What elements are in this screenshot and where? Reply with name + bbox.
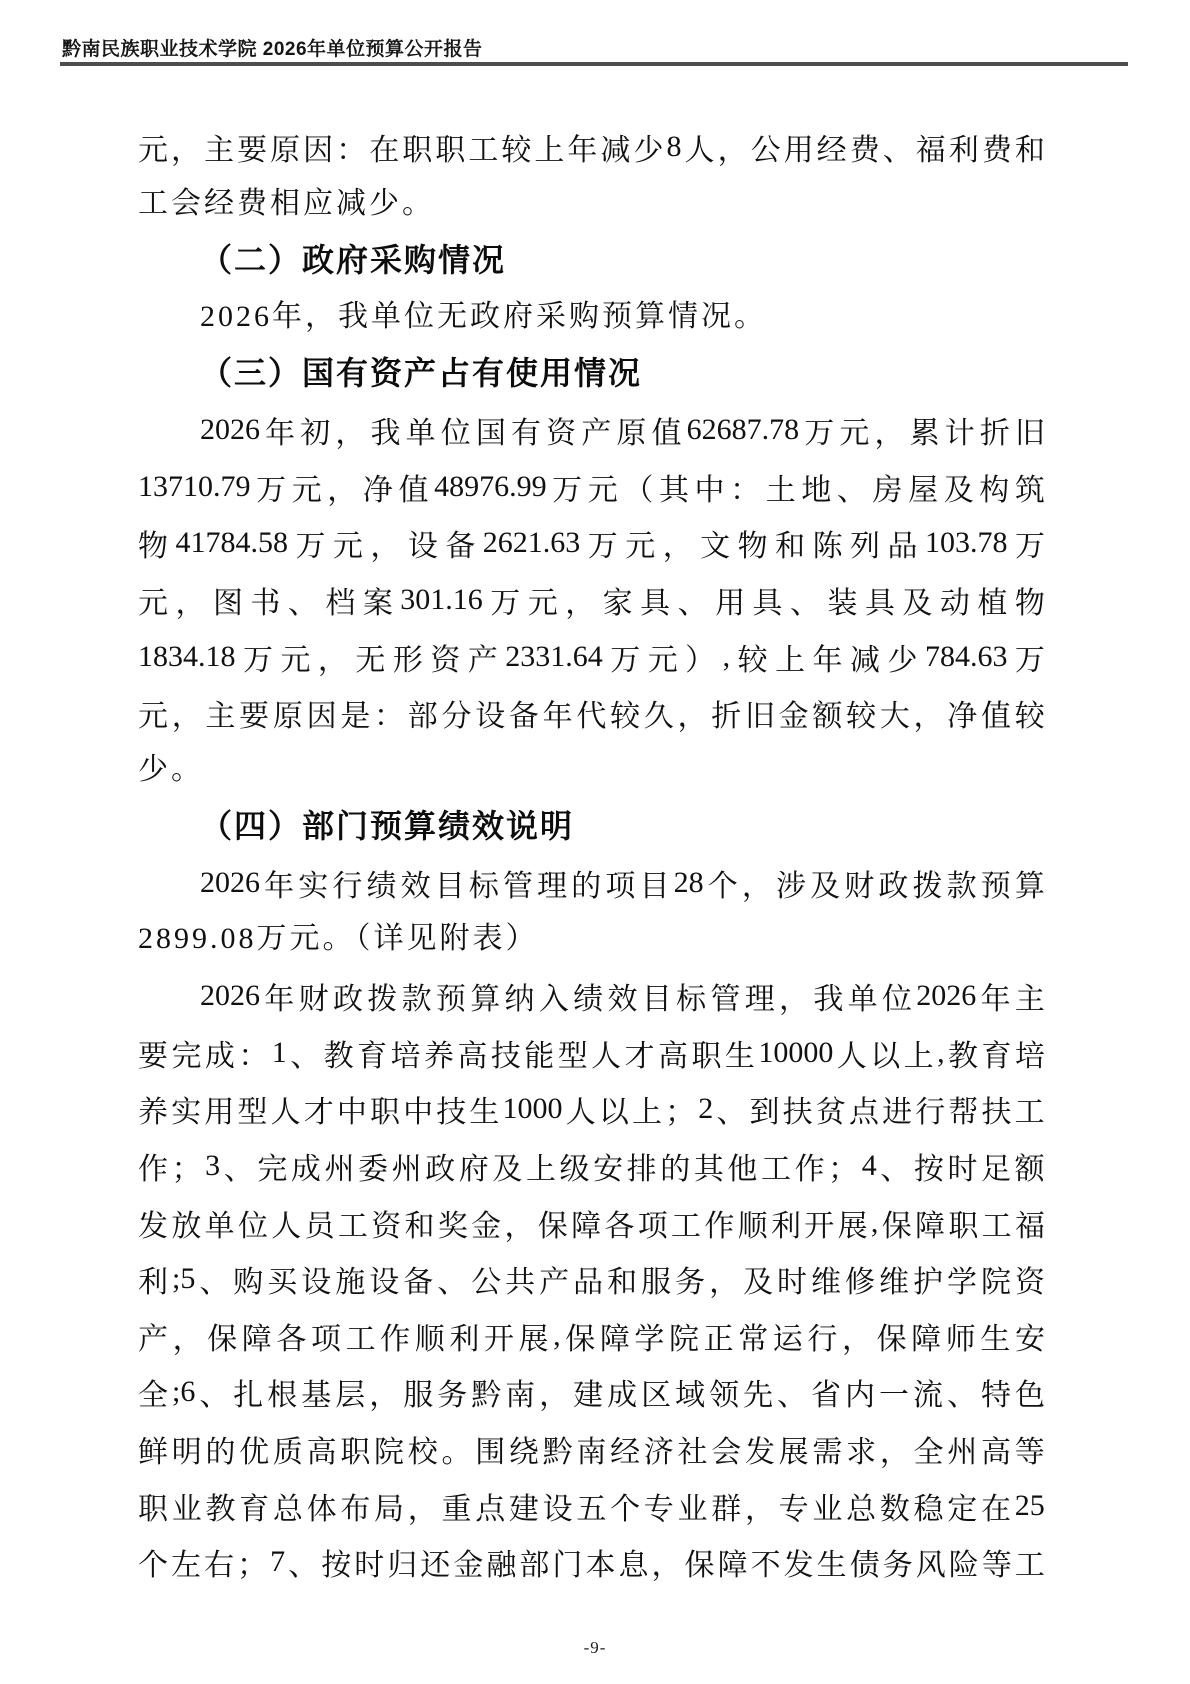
text-line: 工会经费相应减少。 — [138, 176, 1045, 233]
text-line: 2026年财政拨款预算纳入绩效目标管理，我单位2026年主 — [138, 968, 1045, 1025]
text-line: 要完成：1、教育培养高技能型人才高职生10000人以上,教育培 — [138, 1025, 1045, 1082]
text-line: 个左右；7、按时归还金融部门本息，保障不发生债务风险等工 — [138, 1534, 1045, 1591]
section-heading: （四）部门预算绩效说明 — [138, 798, 1045, 855]
text-line: 养实用型人才中职中技生1000人以上；2、到扶贫点进行帮扶工 — [138, 1081, 1045, 1138]
text-line: 职业教育总体布局，重点建设五个专业群，专业总数稳定在25 — [138, 1477, 1045, 1534]
text-line: 产，保障各项工作顺利开展,保障学院正常运行，保障师生安 — [138, 1307, 1045, 1364]
document-body: 元，主要原因：在职职工较上年减少8人，公用经费、福利费和 工会经费相应减少。 （… — [138, 119, 1045, 1590]
header-rule-divider — [60, 62, 1128, 66]
text-line: 2899.08万元。（详见附表） — [138, 911, 1045, 968]
document-page: 黔南民族职业技术学院 2026年单位预算公开报告 元，主要原因：在职职工较上年减… — [0, 0, 1190, 1684]
section-heading: （三）国有资产占有使用情况 — [138, 345, 1045, 402]
text-line: 作；3、完成州委州政府及上级安排的其他工作；4、按时足额 — [138, 1138, 1045, 1195]
text-line: 物41784.58万元，设备2621.63万元，文物和陈列品103.78万 — [138, 515, 1045, 572]
text-line: 全;6、扎根基层，服务黔南，建成区域领先、省内一流、特色 — [138, 1364, 1045, 1421]
section-heading: （二）政府采购情况 — [138, 232, 1045, 289]
text-line: 发放单位人员工资和奖金，保障各项工作顺利开展,保障职工福 — [138, 1194, 1045, 1251]
text-line: 13710.79万元，净值48976.99万元（其中：土地、房屋及构筑 — [138, 459, 1045, 516]
text-line: 元，主要原因是：部分设备年代较久，折旧金额较大，净值较 — [138, 685, 1045, 742]
text-line: 元，主要原因：在职职工较上年减少8人，公用经费、福利费和 — [138, 119, 1045, 176]
page-number: -9- — [0, 1638, 1190, 1658]
text-line: 1834.18万元，无形资产2331.64万元）,较上年减少784.63万 — [138, 628, 1045, 685]
page-header-title: 黔南民族职业技术学院 2026年单位预算公开报告 — [62, 34, 483, 61]
text-line: 利;5、购买设施设备、公共产品和服务，及时维修维护学院资 — [138, 1251, 1045, 1308]
text-line: 2026年，我单位无政府采购预算情况。 — [138, 289, 1045, 346]
text-line: 少。 — [138, 742, 1045, 799]
text-line: 2026年初，我单位国有资产原值62687.78万元，累计折旧 — [138, 402, 1045, 459]
text-line: 鲜明的优质高职院校。围绕黔南经济社会发展需求，全州高等 — [138, 1421, 1045, 1478]
text-line: 元，图书、档案301.16万元，家具、用具、装具及动植物 — [138, 572, 1045, 629]
text-line: 2026年实行绩效目标管理的项目28个，涉及财政拨款预算 — [138, 855, 1045, 912]
